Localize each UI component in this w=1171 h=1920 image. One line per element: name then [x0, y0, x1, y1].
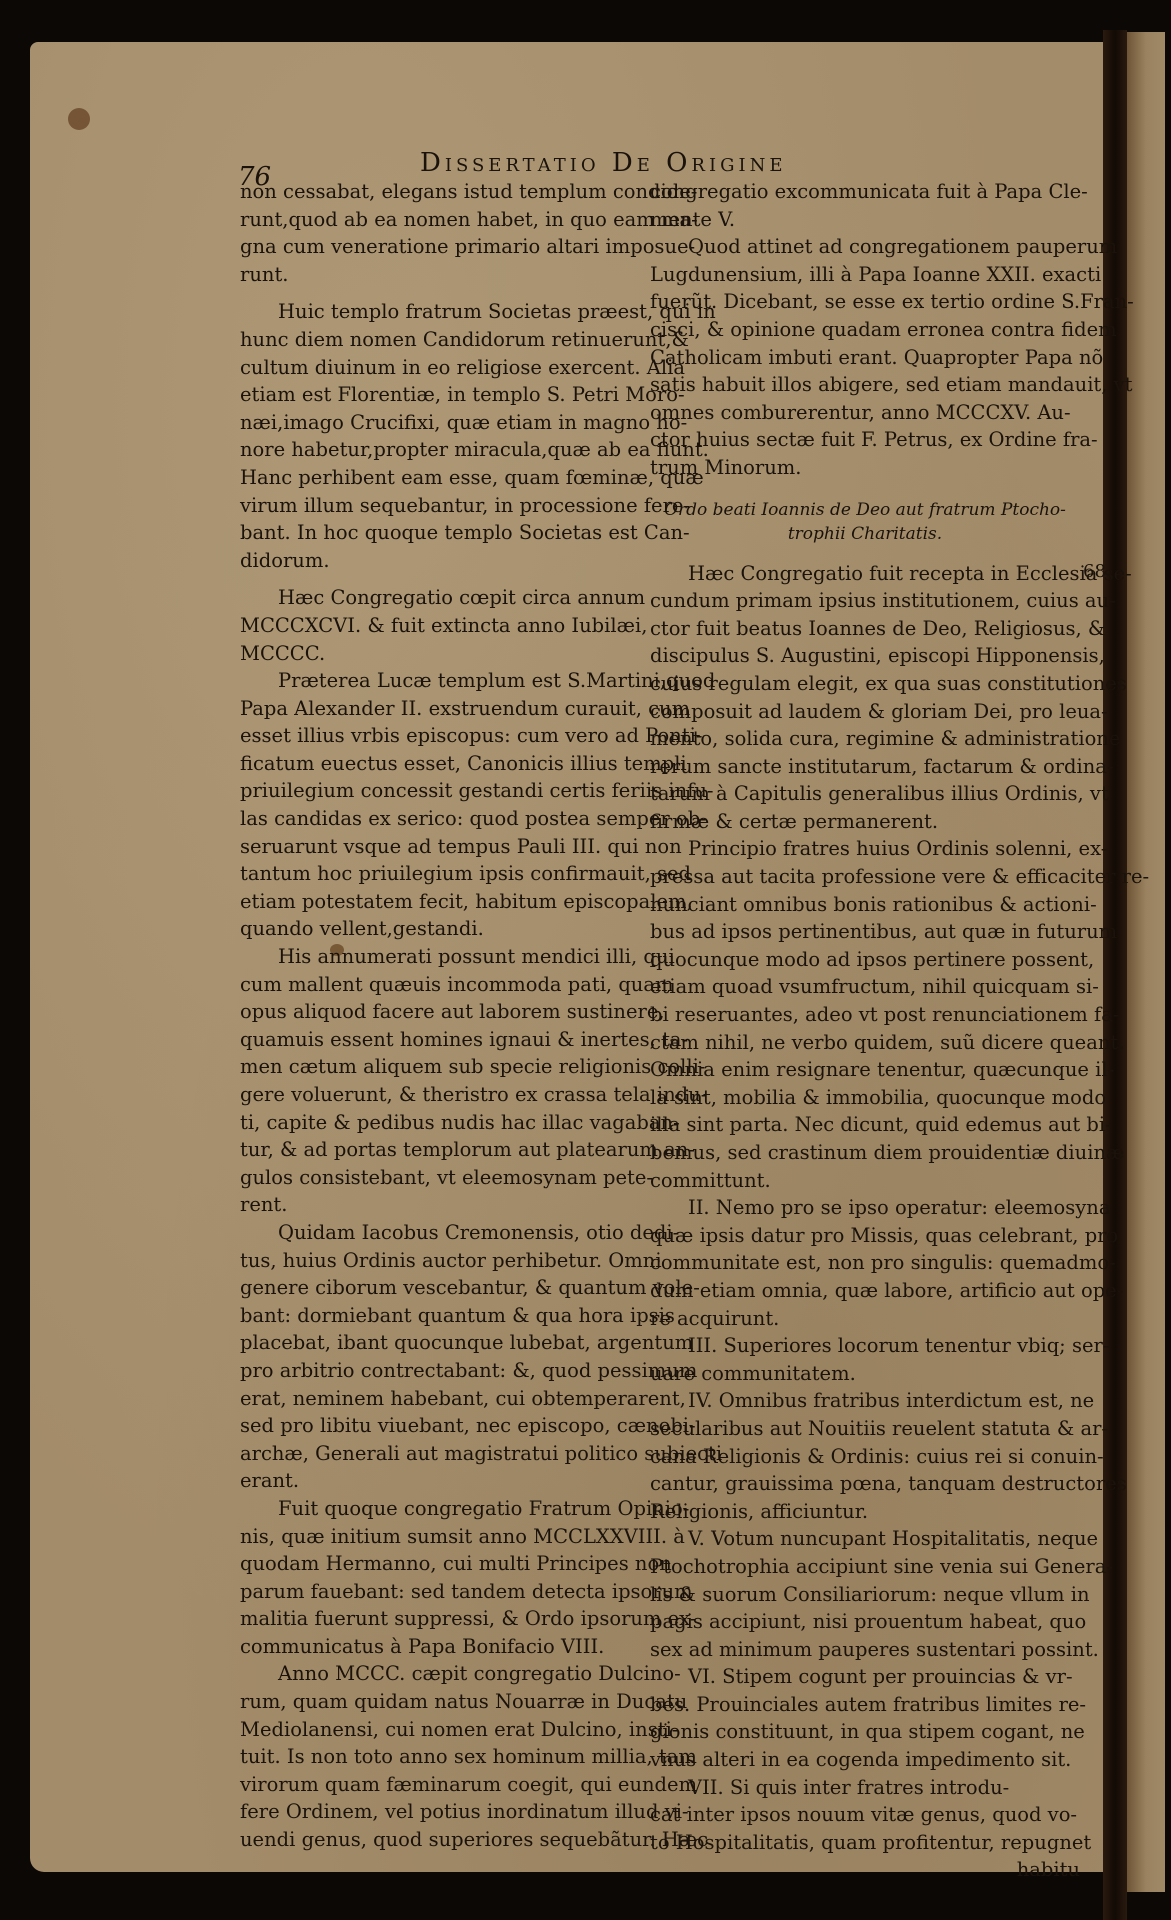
text-line: sed pro libitu viuebant, nec episcopo, c…	[240, 1412, 660, 1440]
text-line: quæ ipsis datur pro Missis, quas celebra…	[650, 1222, 1080, 1250]
text-line: pressa aut tacita professione vere & eff…	[650, 863, 1080, 891]
paragraph-gap	[240, 288, 660, 298]
right-column: congregatio excommunicata fuit à Papa Cl…	[650, 178, 1080, 1884]
text-line: III. Superiores locorum tenentur vbiq; s…	[650, 1332, 1080, 1360]
text-line: rent.	[240, 1191, 660, 1219]
text-line: etiam est Florentiæ, in templo S. Petri …	[240, 381, 660, 409]
text-line: secularibus aut Nouitiis reuelent statut…	[650, 1415, 1080, 1443]
text-line: committunt.	[650, 1167, 1080, 1195]
text-line: næi,imago Crucifixi, quæ etiam in magno …	[240, 409, 660, 437]
text-line: re acquirunt.	[650, 1305, 1080, 1333]
text-line: etiam quoad vsumfructum, nihil quicquam …	[650, 973, 1080, 1001]
text-line: men cætum aliquem sub specie religionis …	[240, 1053, 660, 1081]
text-line: tus, huius Ordinis auctor perhibetur. Om…	[240, 1247, 660, 1275]
text-line: seruarunt vsque ad tempus Pauli III. qui…	[240, 833, 660, 861]
text-line: parum fauebant: sed tandem detecta ipsor…	[240, 1578, 660, 1606]
text-line: illa sint parta. Nec dicunt, quid edemus…	[650, 1111, 1080, 1139]
text-line: MCCCC.	[240, 640, 660, 668]
text-line: Præterea Lucæ templum est S.Martini,quod	[240, 667, 660, 695]
text-line: IV. Omnibus fratribus interdictum est, n…	[650, 1387, 1080, 1415]
section-title: Ordo beati Ioannis de Deo aut fratrum Pt…	[650, 498, 1080, 546]
text-line: gna cum veneratione primario altari impo…	[240, 233, 660, 261]
text-line: quocunque modo ad ipsos pertinere possen…	[650, 946, 1080, 974]
text-line: esset illius vrbis episcopus: cum vero a…	[240, 722, 660, 750]
text-line: omnes comburerentur, anno MCCCXV. Au-	[650, 399, 1080, 427]
text-line: bant. In hoc quoque templo Societas est …	[240, 519, 660, 547]
text-line: las candidas ex serico: quod postea semp…	[240, 805, 660, 833]
text-line: bant: dormiebant quantum & qua hora ipsi…	[240, 1302, 660, 1330]
text-line: bemus, sed crastinum diem prouidentiæ di…	[650, 1139, 1080, 1167]
text-line: rum, quam quidam natus Nouarræ in Ducatu	[240, 1688, 660, 1716]
text-line: ctor huius sectæ fuit F. Petrus, ex Ordi…	[650, 426, 1080, 454]
text-line: congregatio excommunicata fuit à Papa Cl…	[650, 178, 1080, 206]
text-line: tur, & ad portas templorum aut platearum…	[240, 1136, 660, 1164]
text-line: Principio fratres huius Ordinis solenni,…	[650, 835, 1080, 863]
text-line: runt,quod ab ea nomen habet, in quo eam …	[240, 206, 660, 234]
text-line: dum etiam omnia, quæ labore, artificio a…	[650, 1277, 1080, 1305]
text-line: Quod attinet ad congregationem pauperum	[650, 233, 1080, 261]
text-line: Hæc Congregatio cœpit circa annum	[240, 584, 660, 612]
text-line: cuius regulam elegit, ex qua suas consti…	[650, 670, 1080, 698]
text-line: cantur, grauissima pœna, tanquam destruc…	[650, 1470, 1080, 1498]
text-line: communicatus à Papa Bonifacio VIII.	[240, 1633, 660, 1661]
text-line: malitia fuerunt suppressi, & Ordo ipsoru…	[240, 1605, 660, 1633]
text-line: Fuit quoque congregatio Fratrum Opinio-	[240, 1495, 660, 1523]
text-line: cum mallent quæuis incommoda pati, quam	[240, 971, 660, 999]
text-line: Mediolanensi, cui nomen erat Dulcino, in…	[240, 1716, 660, 1744]
catchword: habitu	[650, 1856, 1080, 1884]
left-column: non cessabat, elegans istud templum cond…	[240, 178, 660, 1854]
text-line: Anno MCCC. cæpit congregatio Dulcino-	[240, 1660, 660, 1688]
text-line: nis, quæ initium sumsit anno MCCLXXVIII.…	[240, 1523, 660, 1551]
text-line: fere Ordinem, vel potius inordinatum ill…	[240, 1798, 660, 1826]
text-line: Lugdunensium, illi à Papa Ioanne XXII. e…	[650, 261, 1080, 289]
text-line: firmæ & certæ permanerent.	[650, 808, 1080, 836]
text-line: communitate est, non pro singulis: quema…	[650, 1249, 1080, 1277]
text-line: Ptochotrophia accipiunt sine venia sui G…	[650, 1553, 1080, 1581]
text-line: mente V.	[650, 206, 1080, 234]
text-line: quando vellent,gestandi.	[240, 915, 660, 943]
text-line: composuit ad laudem & gloriam Dei, pro l…	[650, 698, 1080, 726]
text-line: V. Votum nuncupant Hospitalitatis, neque	[650, 1525, 1080, 1553]
text-line: MCCCXCVI. & fuit extincta anno Iubilæi,	[240, 612, 660, 640]
text-line: runt.	[240, 261, 660, 289]
text-line: placebat, ibant quocunque lubebat, argen…	[240, 1329, 660, 1357]
text-line: gionis constituunt, in qua stipem cogant…	[650, 1718, 1080, 1746]
text-line: bi reseruantes, adeo vt post renunciatio…	[650, 1001, 1080, 1029]
text-line: tarum à Capitulis generalibus illius Ord…	[650, 780, 1080, 808]
text-line: quodam Hermanno, cui multi Principes non	[240, 1550, 660, 1578]
text-line: Religionis, afficiuntur.	[650, 1498, 1080, 1526]
text-line: nore habetur,propter miracula,quæ ab ea …	[240, 436, 660, 464]
text-line: archæ, Generali aut magistratui politico…	[240, 1440, 660, 1468]
text-line: Papa Alexander II. exstruendum curauit, …	[240, 695, 660, 723]
text-line: cat inter ipsos nouum vitæ genus, quod v…	[650, 1801, 1080, 1829]
text-line: His annumerati possunt mendici illi, qui	[240, 943, 660, 971]
text-line: cisci, & opinione quadam erronea contra …	[650, 316, 1080, 344]
text-line: tuit. Is non toto anno sex hominum milli…	[240, 1743, 660, 1771]
text-line: rerum sancte institutarum, factarum & or…	[650, 753, 1080, 781]
text-line: cana Religionis & Ordinis: cuius rei si …	[650, 1443, 1080, 1471]
text-line: gere voluerunt, & theristro ex crassa te…	[240, 1081, 660, 1109]
text-line: non cessabat, elegans istud templum cond…	[240, 178, 660, 206]
text-line: discipulus S. Augustini, episcopi Hippon…	[650, 642, 1080, 670]
text-line: Huic templo fratrum Societas præest, qui…	[240, 298, 660, 326]
text-line: trum Minorum.	[650, 454, 1080, 482]
text-line: VII. Si quis inter fratres introdu-	[650, 1774, 1080, 1802]
text-line: virorum quam fæminarum coegit, qui eunde…	[240, 1771, 660, 1799]
text-line: cultum diuinum in eo religiose exercent.…	[240, 354, 660, 382]
text-line: hunc diem nomen Candidorum retinuerunt,&	[240, 326, 660, 354]
text-line: etiam potestatem fecit, habitum episcopa…	[240, 888, 660, 916]
text-line: ficatum euectus esset, Canonicis illius …	[240, 750, 660, 778]
text-line: uendi genus, quod superiores sequebãtur.…	[240, 1826, 660, 1854]
text-line: bes. Prouinciales autem fratribus limite…	[650, 1691, 1080, 1719]
text-line: sex ad minimum pauperes sustentari possi…	[650, 1636, 1080, 1664]
paper-stain	[68, 108, 90, 130]
text-line: lis & suorum Consiliariorum: neque vllum…	[650, 1581, 1080, 1609]
text-line: la sint, mobilia & immobilia, quocunque …	[650, 1084, 1080, 1112]
text-line: quamuis essent homines ignaui & inertes,…	[240, 1026, 660, 1054]
text-line: didorum.	[240, 547, 660, 575]
text-line: pagis accipiunt, nisi prouentum habeat, …	[650, 1608, 1080, 1636]
text-line: pro arbitrio contrectabant: &, quod pess…	[240, 1357, 660, 1385]
text-line: ti, capite & pedibus nudis hac illac vag…	[240, 1109, 660, 1137]
text-line: virum illum sequebantur, in processione …	[240, 492, 660, 520]
paragraph-gap	[240, 574, 660, 584]
text-line: nunciant omnibus bonis rationibus & acti…	[650, 891, 1080, 919]
text-line: II. Nemo pro se ipso operatur: eleemosyn…	[650, 1194, 1080, 1222]
running-head: Dissertatio De Origine	[420, 148, 786, 178]
text-line: erat, neminem habebant, cui obtemperaren…	[240, 1385, 660, 1413]
text-line: fuerũt. Dicebant, se esse ex tertio ordi…	[650, 288, 1080, 316]
text-line: ctam nihil, ne verbo quidem, suũ dicere …	[650, 1029, 1080, 1057]
text-line: opus aliquod facere aut laborem sustiner…	[240, 998, 660, 1026]
text-line: ctor fuit beatus Ioannes de Deo, Religio…	[650, 615, 1080, 643]
text-line: genere ciborum vescebantur, & quantum vo…	[240, 1274, 660, 1302]
text-line: Quidam Iacobus Cremonensis, otio dedi-	[240, 1219, 660, 1247]
text-line: cundum primam ipsius institutionem, cuiu…	[650, 587, 1080, 615]
text-line: VI. Stipem cogunt per prouincias & vr-	[650, 1663, 1080, 1691]
text-line: to Hospitalitatis, quam profitentur, rep…	[650, 1829, 1080, 1857]
text-line: satis habuit illos abigere, sed etiam ma…	[650, 371, 1080, 399]
text-line: Hanc perhibent eam esse, quam fœminæ, qu…	[240, 464, 660, 492]
text-line: vnus alteri in ea cogenda impedimento si…	[650, 1746, 1080, 1774]
text-line: tantum hoc priuilegium ipsis confirmauit…	[240, 860, 660, 888]
text-line: Hæc Congregatio fuit recepta in Ecclesia…	[650, 560, 1080, 588]
text-line: bus ad ipsos pertinentibus, aut quæ in f…	[650, 918, 1080, 946]
text-line: Catholicam imbuti erant. Quapropter Papa…	[650, 344, 1080, 372]
text-line: gulos consistebant, vt eleemosynam pete-	[240, 1164, 660, 1192]
text-line: Omnia enim resignare tenentur, quæcunque…	[650, 1056, 1080, 1084]
text-line: uare communitatem.	[650, 1360, 1080, 1388]
text-line: erant.	[240, 1467, 660, 1495]
book-gutter	[1103, 30, 1127, 1920]
text-line: mento, solida cura, regimine & administr…	[650, 725, 1080, 753]
text-line: priuilegium concessit gestandi certis fe…	[240, 777, 660, 805]
